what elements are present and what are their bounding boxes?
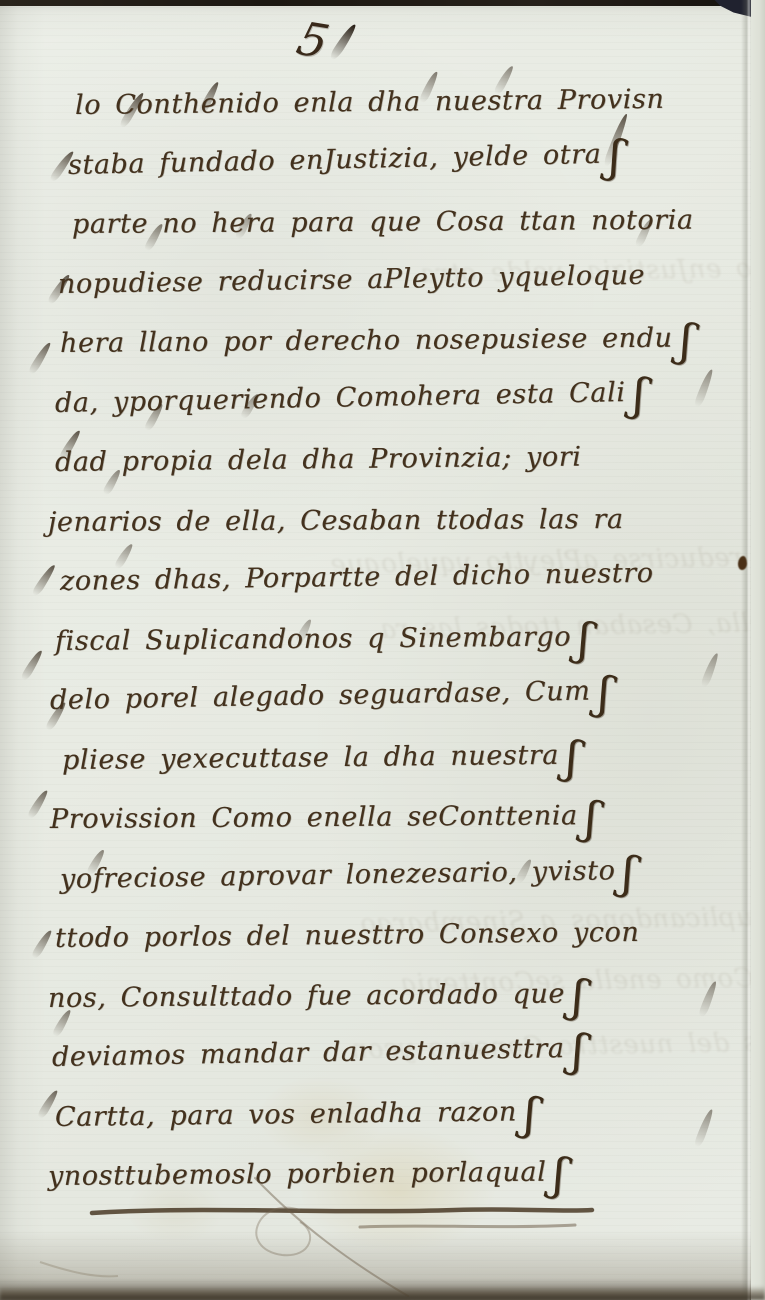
manuscript-line: lo Conthenido enla dha nuestra Provisn	[75, 86, 665, 119]
line-text: dad propia dela dha Provinzia; yori	[55, 441, 582, 478]
manuscript-line: fiscal Suplicandonos q Sinembargoʃ	[55, 623, 594, 655]
pen-swash: ʃ	[623, 871, 636, 874]
line-text: parte no hera para que Cosa ttan notoria	[72, 205, 694, 240]
line-text: fiscal Suplicandonos q Sinembargo	[55, 621, 571, 657]
pen-swash: ʃ	[525, 1112, 538, 1115]
pen-swash: ʃ	[579, 637, 592, 640]
manuscript-line: hera llano por derecho nosepusiese enduʃ	[60, 324, 696, 357]
line-text: pliese yexecuttase la dha nuestra	[62, 739, 559, 775]
pen-swash: ʃ	[554, 1173, 567, 1176]
line-text: ttodo porlos del nuesttro Consexo ycon	[55, 917, 640, 954]
line-text: jenarios de ella, Cesaban ttodas las ra	[48, 503, 624, 537]
line-text: hera llano por derecho nosepusiese endu	[60, 323, 673, 359]
line-text: nos, Consulttado fue acordado que	[48, 978, 565, 1014]
pen-swash: ʃ	[573, 994, 586, 997]
manuscript-scan: 5 nopudiese reducirse aPleytto yqueloque…	[0, 0, 765, 1300]
pen-swash: ʃ	[598, 692, 611, 695]
pen-swash: ʃ	[680, 339, 693, 342]
line-text: lo Conthenido enla dha nuestra Provisn	[75, 84, 665, 121]
line-text: ynosttubemoslo porbien porlaqual	[48, 1157, 547, 1192]
manuscript-line: parte no hera para que Cosa ttan notoria	[72, 207, 694, 238]
manuscript-line: Provission Como enella seContteniaʃ	[50, 802, 601, 833]
line-text: Cartta, para vos enladha razon	[55, 1096, 517, 1133]
pen-swash: ʃ	[586, 816, 599, 819]
manuscript-line: pliese yexecuttase la dha nuestraʃ	[62, 741, 582, 773]
manuscript-line: ynosttubemoslo porbien porlaqualʃ	[48, 1158, 570, 1190]
manuscript-line: jenarios de ella, Cesaban ttodas las ra	[48, 505, 624, 535]
ink-blob	[738, 556, 747, 570]
pen-swash: ʃ	[567, 755, 580, 758]
page-fold-crease	[741, 0, 751, 1300]
pen-swash: ʃ	[609, 154, 622, 157]
manuscript-line: dad propia dela dha Provinzia; yori	[55, 443, 582, 476]
scan-edge-top	[0, 0, 765, 6]
page-edge-right	[751, 0, 765, 1300]
manuscript-line: ttodo porlos del nuesttro Consexo ycon	[55, 919, 640, 952]
pen-swash: ʃ	[633, 393, 646, 396]
manuscript-line: yofreciose aprovar lonezesario, yvistoʃ	[60, 856, 639, 892]
manuscript-line: Cartta, para vos enladha razonʃ	[55, 1098, 540, 1131]
pen-swash: ʃ	[572, 1049, 585, 1052]
page-bottom-shadow	[0, 1286, 765, 1300]
line-text: Provission Como enella seConttenia	[50, 800, 578, 835]
manuscript-line: zones dhas, Porpartte del dicho nuestro	[60, 560, 654, 595]
manuscript-line: nos, Consulttado fue acordado queʃ	[48, 980, 588, 1012]
manuscript-line: nopudiese reducirse aPleytto yqueloque	[58, 261, 646, 297]
